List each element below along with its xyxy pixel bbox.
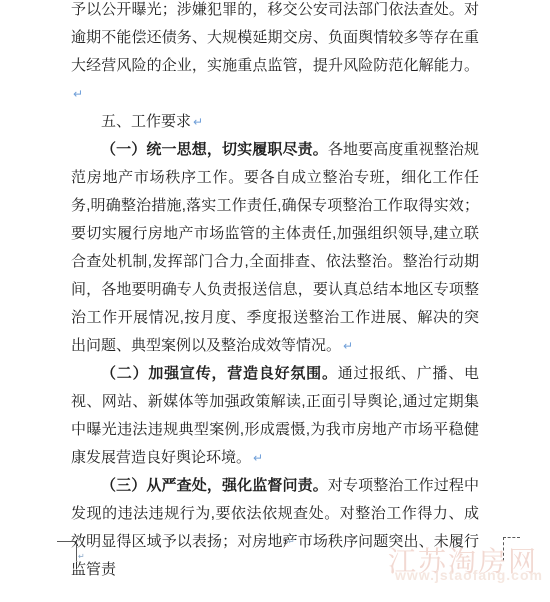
paragraph-mark-icon: ↵	[71, 87, 83, 101]
paragraph-lead-bold: （三）从严查处，强化监督问责。	[101, 477, 328, 494]
watermark-site-url: www.jstaofang.com	[395, 567, 543, 583]
paragraph-mark-icon: ↵	[251, 451, 263, 465]
footer-page-number: 5↵	[283, 536, 295, 546]
paragraph-item-2: （二）加强宣传，营造良好氛围。通过报纸、广播、电视、网站、新媒体等加强政策解读,…	[71, 360, 479, 472]
document-body: 予以公开曝光；涉嫌犯罪的，移交公安司法部门依法查处。对逾期不能偿还债务、大规模延…	[71, 0, 479, 584]
paragraph-continuation: 予以公开曝光；涉嫌犯罪的，移交公安司法部门依法查处。对逾期不能偿还债务、大规模延…	[71, 0, 479, 108]
paragraph-item-1: （一）统一思想，切实履职尽责。各地要高度重视整治规范房地产市场秩序工作。要各自成…	[71, 136, 479, 360]
paragraph-mark-icon: ↵	[78, 552, 85, 561]
paragraph-mark-icon: ↵	[288, 537, 295, 546]
paragraph-lead-bold: （一）统一思想，切实履职尽责。	[101, 141, 328, 158]
paragraph-lead-bold: （二）加强宣传，营造良好氛围。	[101, 365, 338, 382]
paragraph-text: 各地要高度重视整治规范房地产市场秩序工作。要各自成立整治专班，细化工作任务,明确…	[71, 141, 479, 354]
paragraph-mark-icon: ↵	[341, 339, 353, 353]
section-heading: 五、工作要求↵	[71, 108, 479, 136]
text-boundary-corner-left-icon: ↵	[57, 541, 77, 561]
document-page: 予以公开曝光；涉嫌犯罪的，移交公安司法部门依法查处。对逾期不能偿还债务、大规模延…	[0, 0, 550, 602]
heading-text: 五、工作要求	[101, 113, 191, 130]
paragraph-mark-icon: ↵	[191, 115, 203, 129]
paragraph-text: 予以公开曝光；涉嫌犯罪的，移交公安司法部门依法查处。对逾期不能偿还债务、大规模延…	[71, 1, 479, 74]
